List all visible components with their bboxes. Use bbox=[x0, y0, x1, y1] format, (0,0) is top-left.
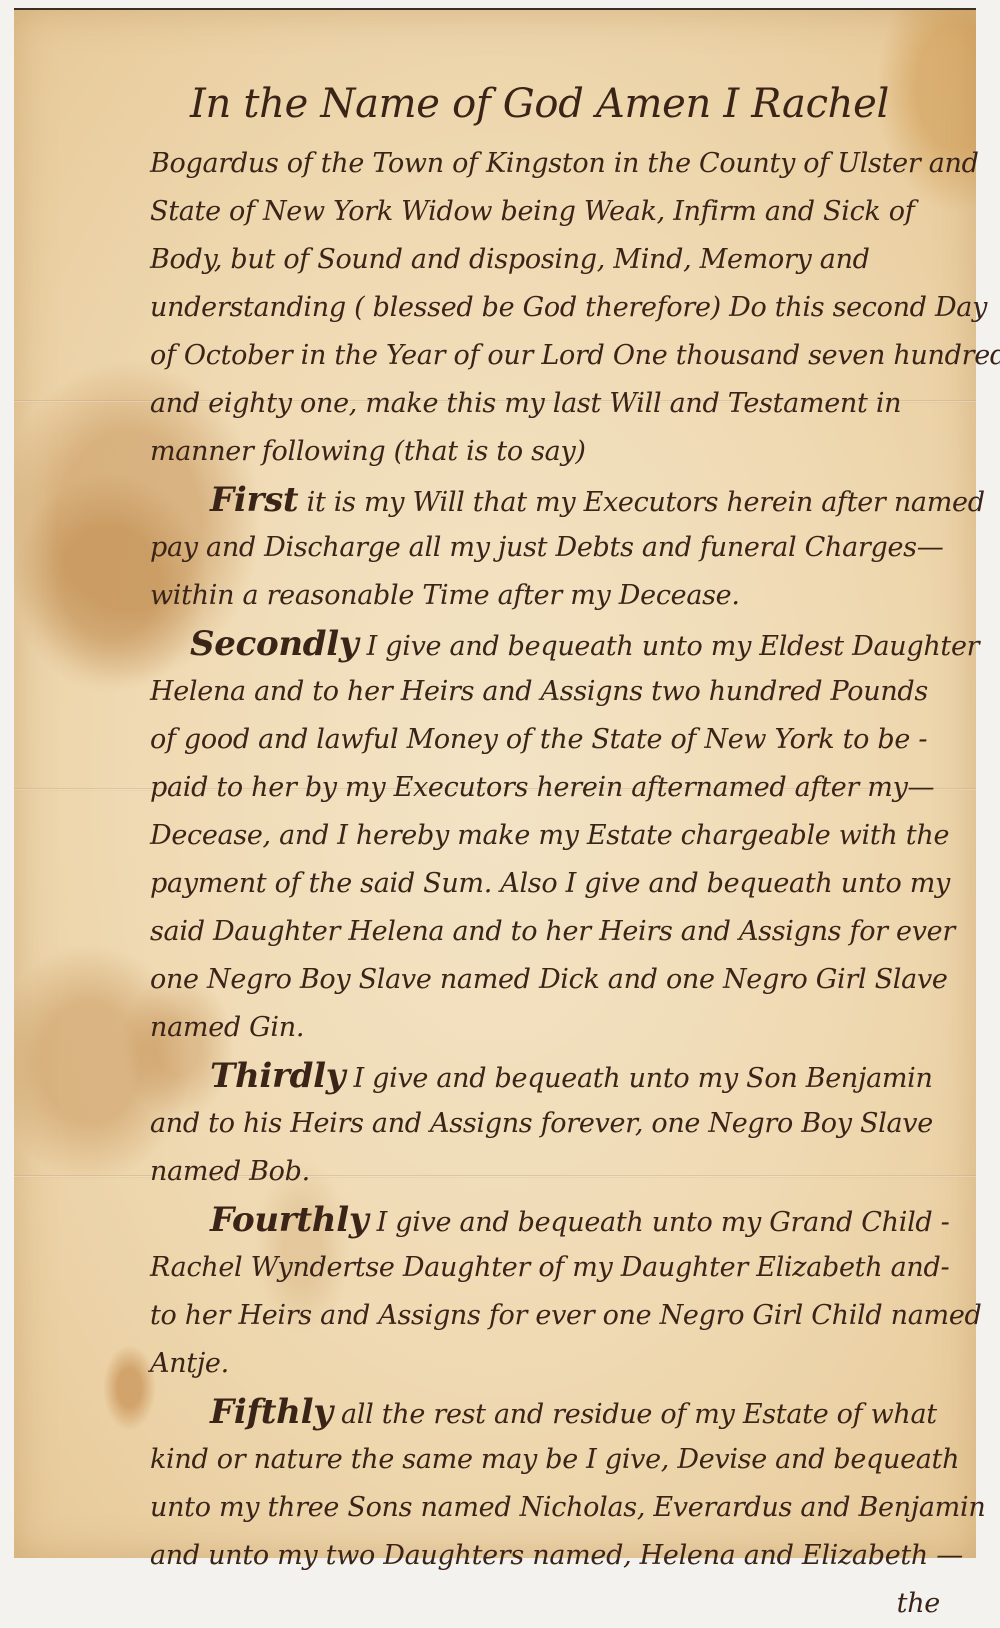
text-line: Helena and to her Heirs and Assigns two … bbox=[150, 668, 970, 716]
text-line: named Bob. bbox=[150, 1148, 970, 1196]
text-line: one Negro Boy Slave named Dick and one N… bbox=[150, 956, 970, 1004]
text-line: understanding ( blessed be God therefore… bbox=[150, 284, 970, 332]
clause-third: Thirdly I give and bequeath unto my Son … bbox=[150, 1052, 970, 1100]
clause-lead: Fifthly bbox=[210, 1392, 333, 1432]
clause-text: it is my Will that my Executors herein a… bbox=[307, 487, 985, 518]
clause-fourth: Fourthly I give and bequeath unto my Gra… bbox=[150, 1196, 970, 1244]
text-line: Bogardus of the Town of Kingston in the … bbox=[150, 140, 970, 188]
text-line: kind or nature the same may be I give, D… bbox=[150, 1436, 970, 1484]
clause-first: First it is my Will that my Executors he… bbox=[150, 476, 970, 524]
invocation-line: In the Name of God Amen I Rachel bbox=[150, 68, 970, 140]
clause-text: I give and bequeath unto my Grand Child … bbox=[377, 1207, 950, 1238]
text-line: of October in the Year of our Lord One t… bbox=[150, 332, 970, 380]
clause-lead: First bbox=[210, 480, 298, 520]
clause-text: all the rest and residue of my Estate of… bbox=[341, 1399, 937, 1430]
text-line: within a reasonable Time after my Deceas… bbox=[150, 572, 970, 620]
text-line: of good and lawful Money of the State of… bbox=[150, 716, 970, 764]
text-line: and unto my two Daughters named, Helena … bbox=[150, 1532, 970, 1571]
clause-second: Secondly I give and bequeath unto my Eld… bbox=[150, 620, 970, 668]
text-line: said Daughter Helena and to her Heirs an… bbox=[150, 908, 970, 956]
text-line: to her Heirs and Assigns for ever one Ne… bbox=[150, 1292, 970, 1340]
text-line: State of New York Widow being Weak, Infi… bbox=[150, 188, 970, 236]
clause-lead: Secondly bbox=[190, 624, 358, 664]
text-line: pay and Discharge all my just Debts and … bbox=[150, 524, 970, 572]
text-line: Body, but of Sound and disposing, Mind, … bbox=[150, 236, 970, 284]
text-line: Antje. bbox=[150, 1340, 970, 1388]
text-line: payment of the said Sum. Also I give and… bbox=[150, 860, 970, 908]
text-line: paid to her by my Executors herein after… bbox=[150, 764, 970, 812]
text-line: and to his Heirs and Assigns forever, on… bbox=[150, 1100, 970, 1148]
text-line: named Gin. bbox=[150, 1004, 970, 1052]
clause-text: I give and bequeath unto my Eldest Daugh… bbox=[367, 631, 980, 662]
text-line: unto my three Sons named Nicholas, Evera… bbox=[150, 1484, 970, 1532]
text-line: Decease, and I hereby make my Estate cha… bbox=[150, 812, 970, 860]
text-line: Rachel Wyndertse Daughter of my Daughter… bbox=[150, 1244, 970, 1292]
clause-lead: Fourthly bbox=[210, 1200, 368, 1240]
text-line: manner following (that is to say) bbox=[150, 428, 970, 476]
text-line: and eighty one, make this my last Will a… bbox=[150, 380, 970, 428]
clause-lead: Thirdly bbox=[210, 1056, 345, 1096]
clause-fifth: Fifthly all the rest and residue of my E… bbox=[150, 1388, 970, 1436]
clause-text: I give and bequeath unto my Son Benjamin bbox=[354, 1063, 933, 1094]
will-text: In the Name of God Amen I Rachel Bogardu… bbox=[150, 68, 970, 1571]
